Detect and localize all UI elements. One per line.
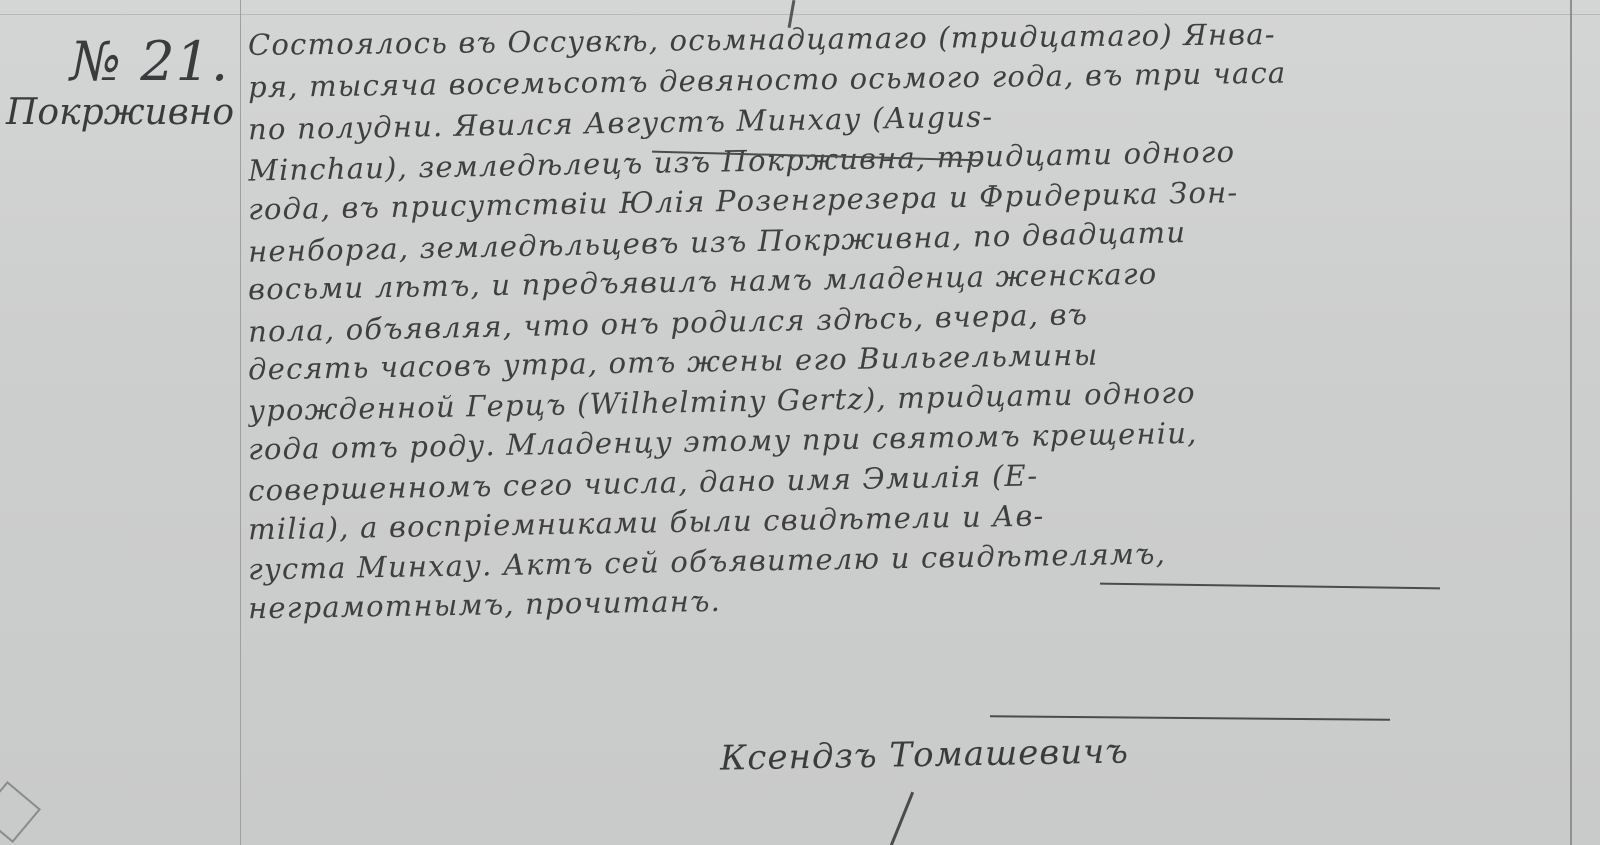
priest-signature: Ксендзъ Томашевичъ (720, 731, 1130, 778)
closing-dash-line (990, 715, 1390, 720)
entry-number: № 21. (70, 30, 229, 93)
right-page-edge (1570, 0, 1572, 845)
record-body: Состоялось въ Оссувкѣ, осьмнадцатаго (тр… (248, 18, 1558, 618)
margin-ruled-line (240, 0, 241, 845)
entry-place: Покрживно (6, 92, 234, 133)
corner-mark (0, 781, 41, 843)
signature-flourish (889, 792, 914, 845)
document-page: № 21. Покрживно Состоялось въ Оссувкѣ, о… (0, 0, 1600, 845)
